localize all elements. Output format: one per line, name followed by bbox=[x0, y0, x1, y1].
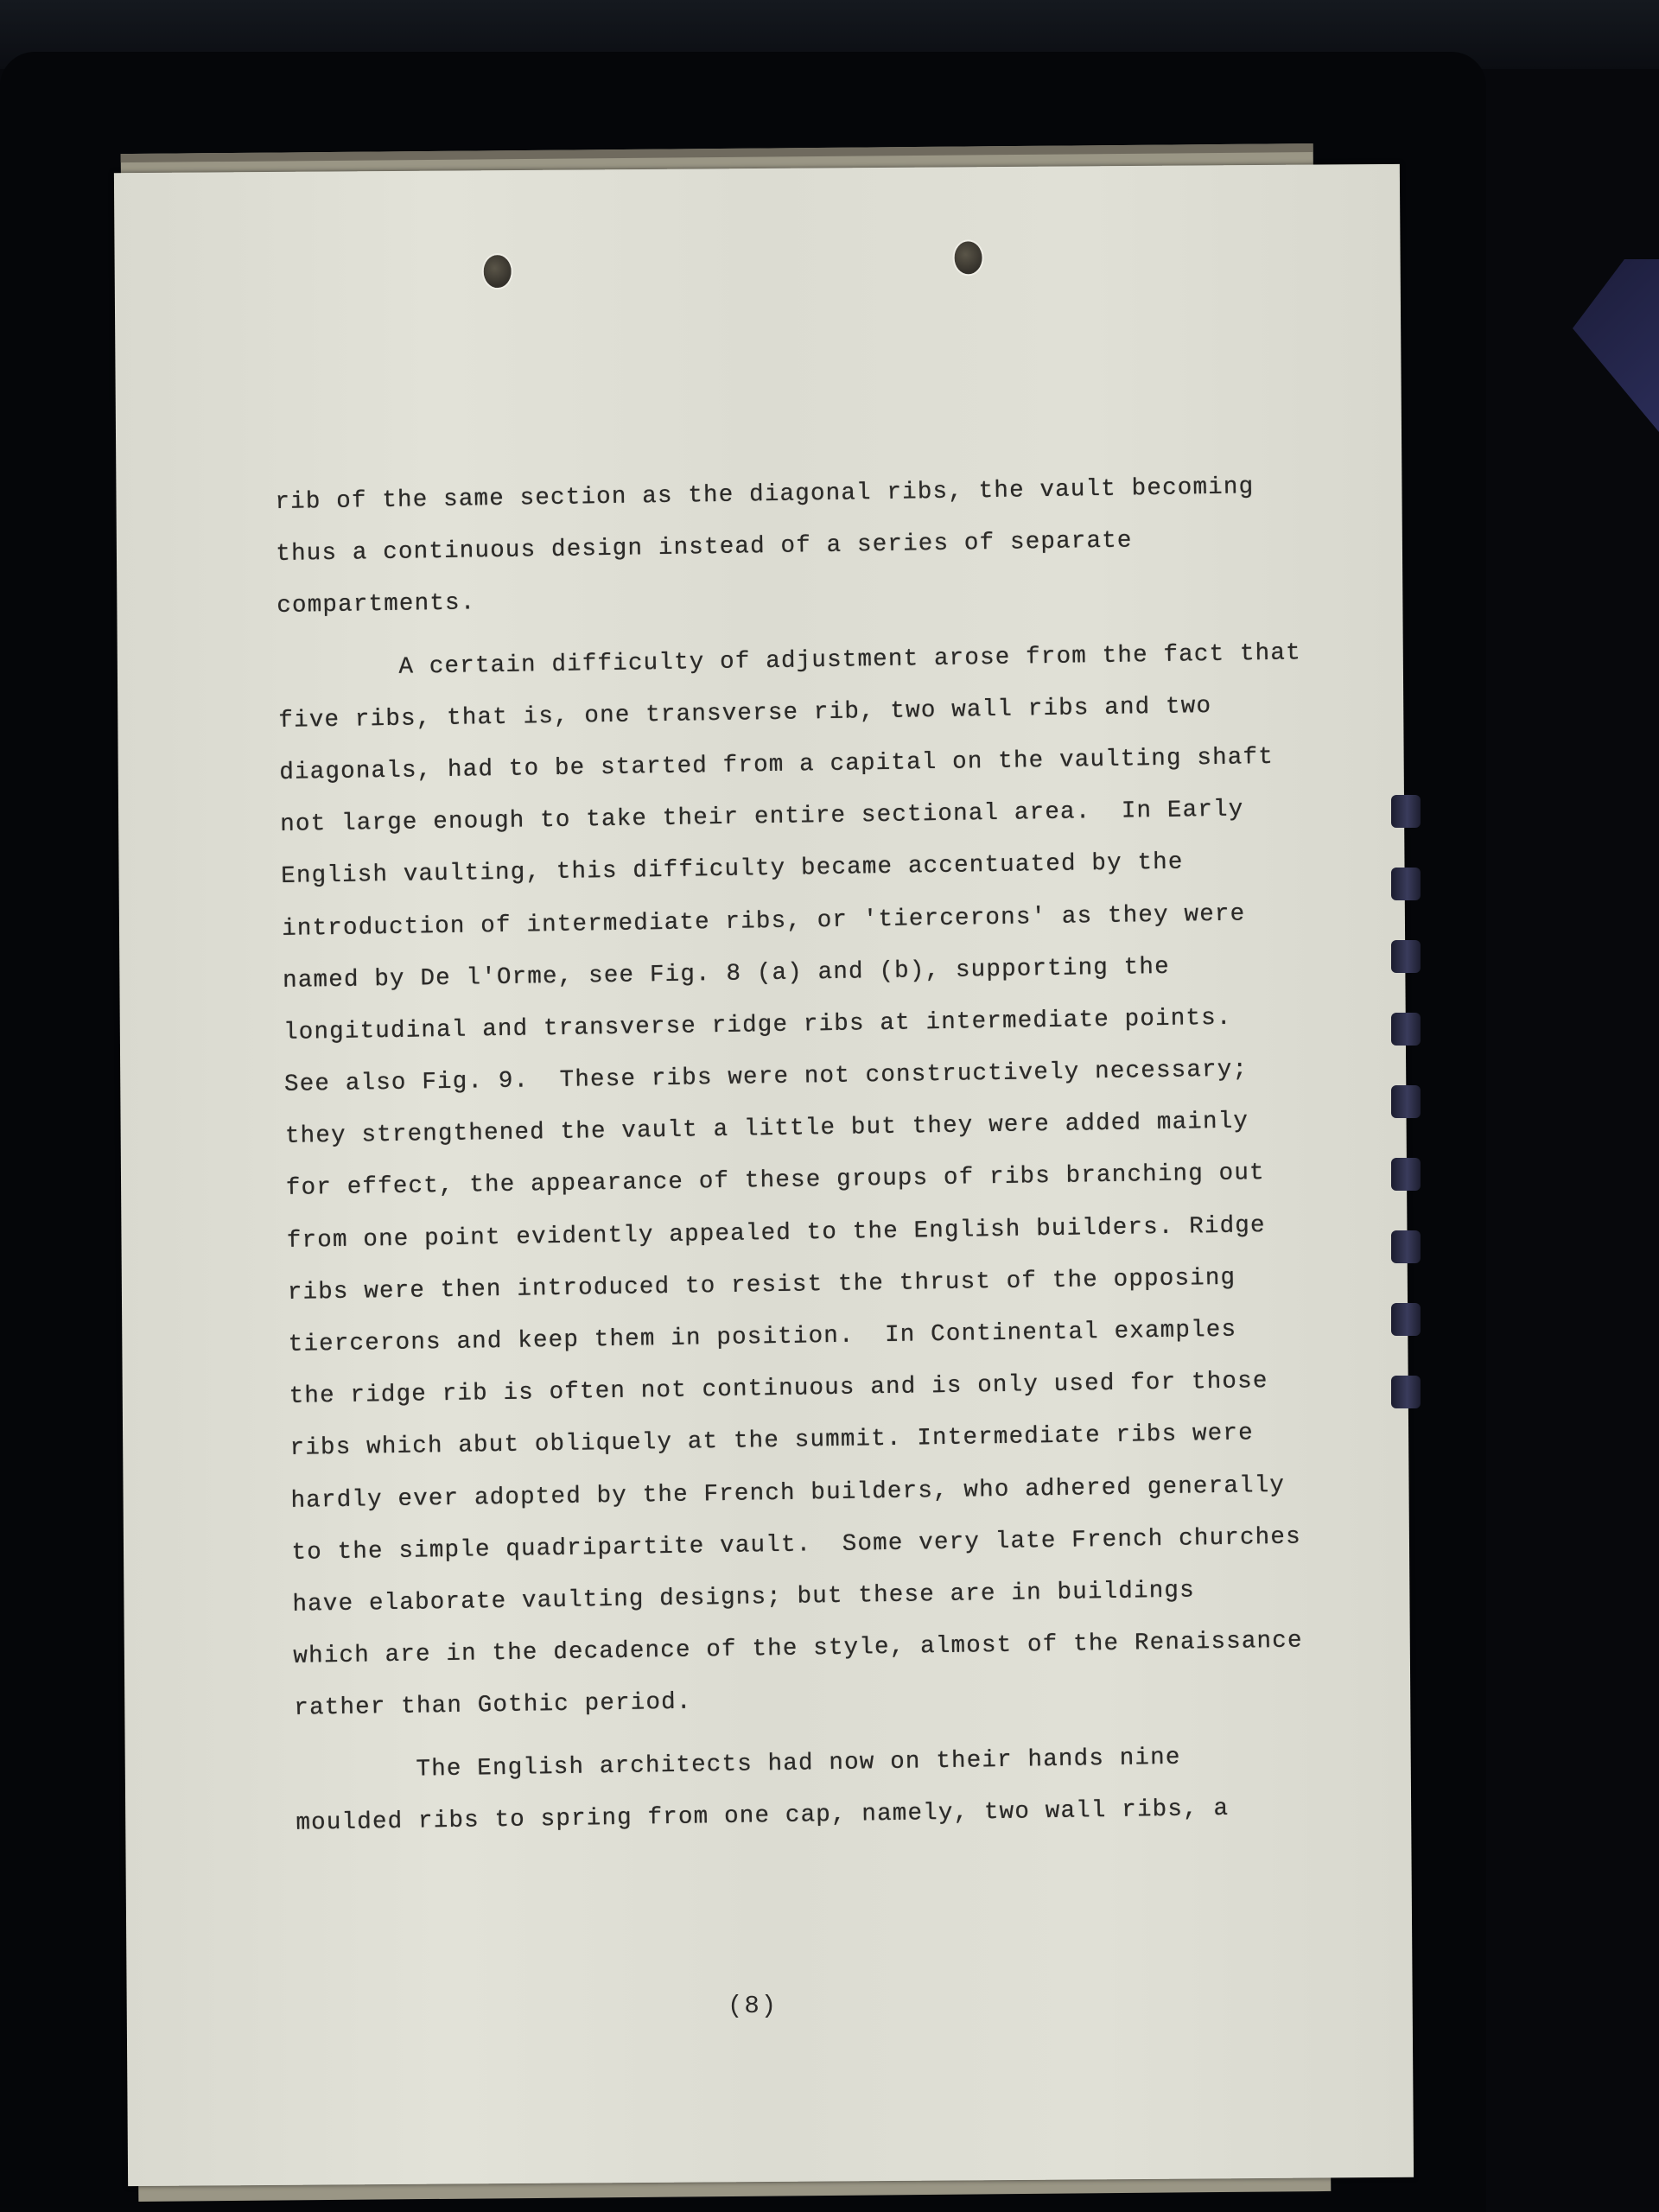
binder-rings bbox=[1391, 795, 1434, 1434]
paragraph: The English architects had now on their … bbox=[295, 1729, 1385, 1850]
paragraph: A certain difficulty of adjustment arose… bbox=[277, 626, 1383, 1736]
binder-ring-icon bbox=[1391, 1376, 1421, 1408]
binder-ring-icon bbox=[1391, 1158, 1421, 1191]
binder-ring-icon bbox=[1391, 795, 1421, 828]
binder-ring-icon bbox=[1391, 1230, 1421, 1263]
binder-ring-icon bbox=[1391, 1303, 1421, 1336]
page-number: (8) bbox=[728, 1992, 778, 2020]
punch-hole-icon bbox=[952, 239, 983, 276]
punch-hole-icon bbox=[482, 253, 513, 289]
binder-ring-icon bbox=[1391, 1085, 1421, 1118]
binder-ring-icon bbox=[1391, 1013, 1421, 1046]
binder-ring-icon bbox=[1391, 940, 1421, 973]
typed-text-body: rib of the same section as the diagonal … bbox=[275, 460, 1385, 1849]
paragraph: rib of the same section as the diagonal … bbox=[275, 460, 1366, 632]
blue-paper-corner bbox=[1573, 259, 1659, 432]
binder-ring-icon bbox=[1391, 868, 1421, 900]
